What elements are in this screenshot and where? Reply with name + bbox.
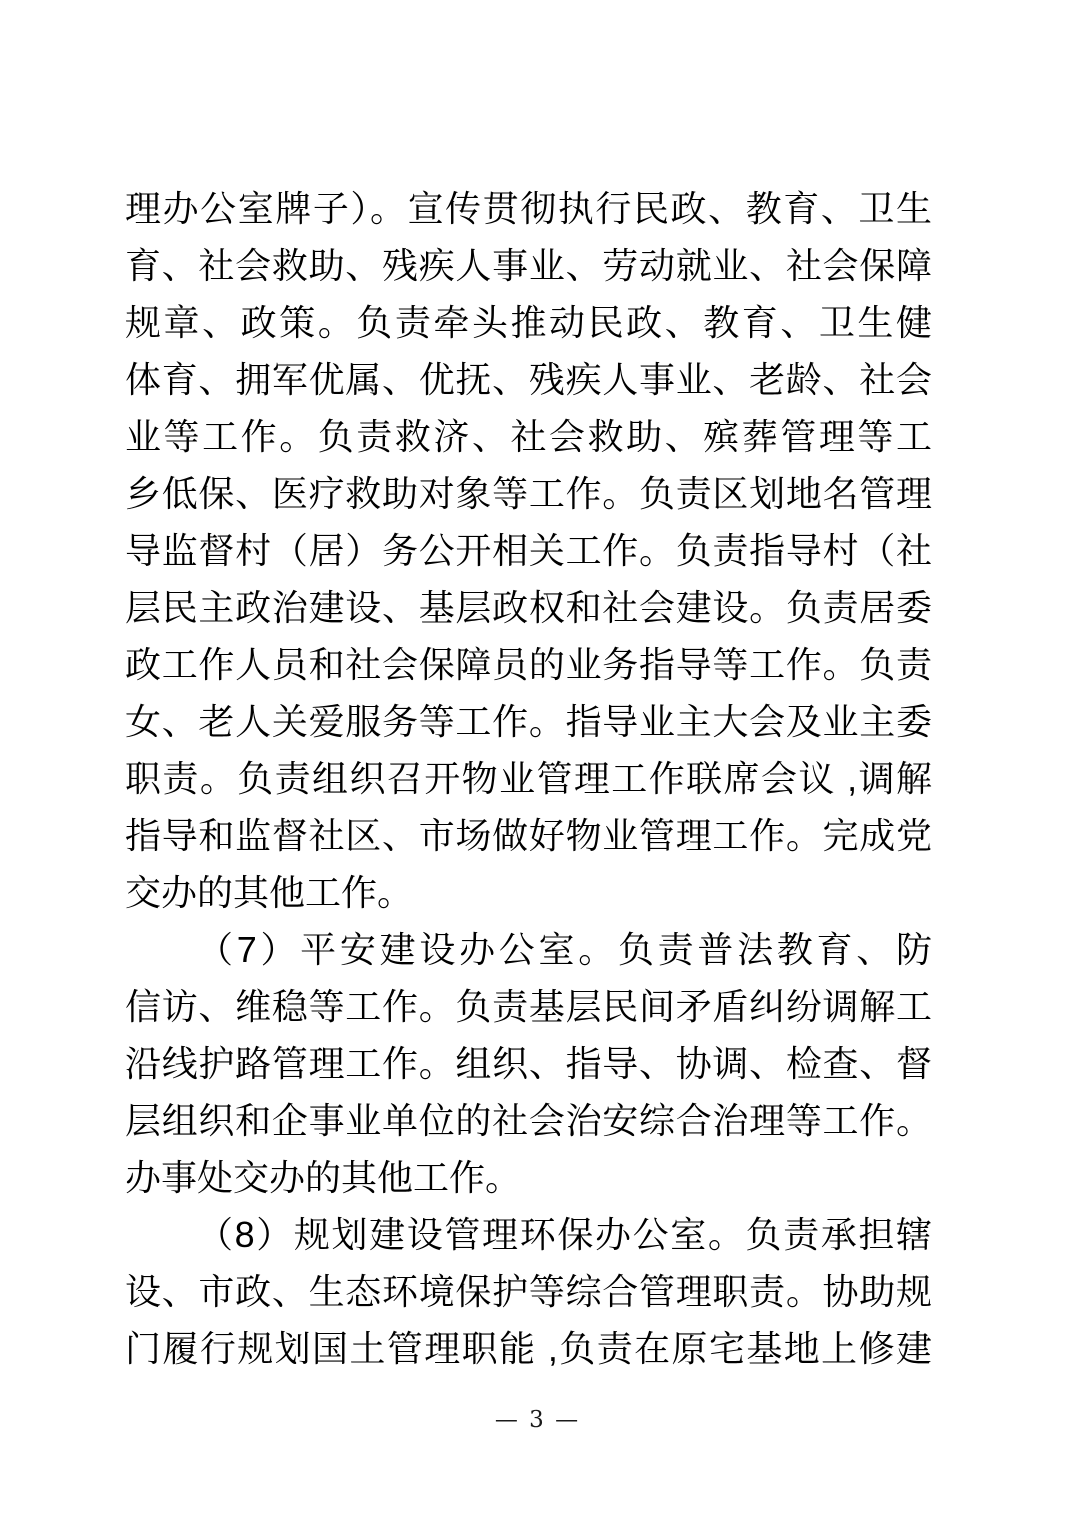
text-line: 女、老人关爱服务等工作。指导业主大会及业主委员会依法履行 [125, 693, 932, 750]
text-line: 业等工作。负责救济、社会救助、殡葬管理等工作。负责审核城 [125, 408, 932, 465]
text-line: 体育、拥军优属、优抚、残疾人事业、老龄、社会保障、劳动就 [125, 351, 932, 408]
page-number: — 3 — [0, 1405, 1075, 1435]
text-line: 设、市政、生态环境保护等综合管理职责。协助规划国土管理部 [125, 1263, 932, 1320]
text-line: 办事处交办的其他工作。 [125, 1149, 932, 1206]
text-line: 层民主政治建设、基层政权和社会建设。负责居委会、村委会民 [125, 579, 932, 636]
text-line: 职责。负责组织召开物业管理工作联席会议 ,调解物业管理纠纷。 [125, 750, 932, 807]
text-line: 信访、维稳等工作。负责基层民间矛盾纠纷调解工作。负责高铁 [125, 978, 932, 1035]
text-line: 指导和监督社区、市场做好物业管理工作。完成党工委、办事处 [125, 807, 932, 864]
text-line: （8）规划建设管理环保办公室。负责承担辖区内规划、建 [125, 1206, 932, 1263]
text-line: 育、社会救助、残疾人事业、劳动就业、社会保障等法律、法规、 [125, 237, 932, 294]
text-line: 理办公室牌子）。宣传贯彻执行民政、教育、卫生健康、文化体 [125, 180, 932, 237]
text-line: 乡低保、医疗救助对象等工作。负责区划地名管理工作。负责指 [125, 465, 932, 522]
text-line: 交办的其他工作。 [125, 864, 932, 921]
text-line: 规章、政策。负责牵头推动民政、教育、卫生健康、计生、文化 [125, 294, 932, 351]
document-page: 理办公室牌子）。宣传贯彻执行民政、教育、卫生健康、文化体育、社会救助、残疾人事业… [0, 0, 1075, 1520]
text-line: （7）平安建设办公室。负责普法教育、防邪、禁毒、综治、 [125, 921, 932, 978]
text-line: 门履行规划国土管理职能 ,负责在原宅基地上修建农房的建设规 [125, 1320, 932, 1377]
text-line: 层组织和企事业单位的社会治安综合治理等工作。完成党工委、 [125, 1092, 932, 1149]
text-line: 沿线护路管理工作。组织、指导、协调、检查、督促辖区内各基 [125, 1035, 932, 1092]
document-body: 理办公室牌子）。宣传贯彻执行民政、教育、卫生健康、文化体育、社会救助、残疾人事业… [125, 180, 932, 1377]
text-line: 政工作人员和社会保障员的业务指导等工作。负责留守儿童和妇 [125, 636, 932, 693]
text-line: 导监督村（居）务公开相关工作。负责指导村（社区）委员会基 [125, 522, 932, 579]
